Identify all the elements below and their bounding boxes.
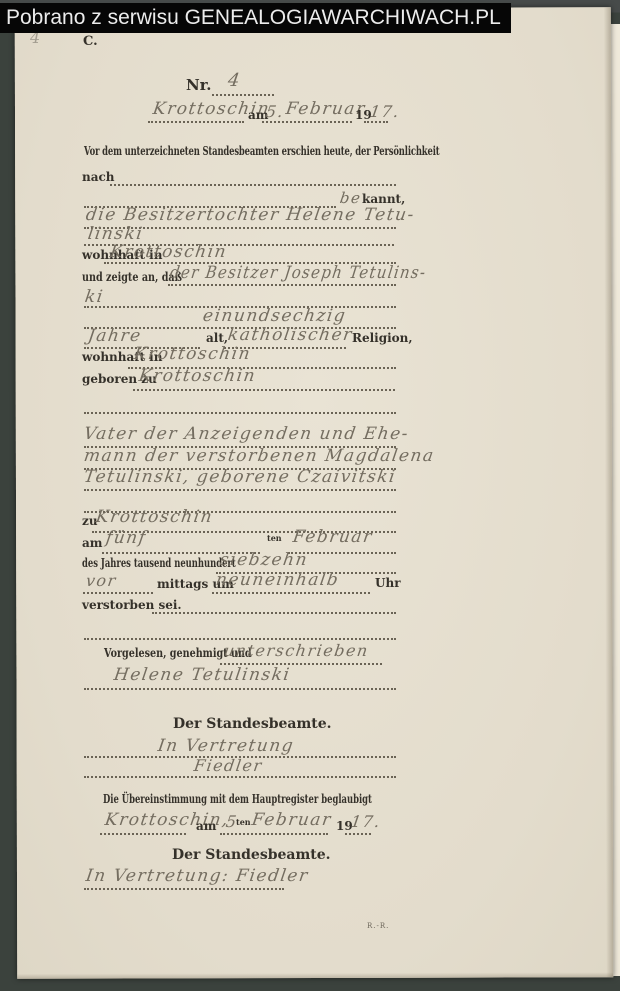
watermark-banner: Pobrano z serwisu GENEALOGIAWARCHIWACH.P… xyxy=(0,3,511,33)
dotted-line xyxy=(212,94,274,96)
religion-label: Religion, xyxy=(352,331,413,345)
age-handwritten: einundsechzig xyxy=(202,306,348,326)
certification-am-label: am xyxy=(196,819,216,833)
dotted-line xyxy=(212,592,370,594)
deceased-line-2: ki xyxy=(84,287,106,307)
in-vertretung-handwritten: In Vertretung xyxy=(157,736,296,756)
dotted-line xyxy=(133,389,395,391)
header-year-written: 17. xyxy=(369,102,402,121)
ten-label: ten xyxy=(267,533,282,543)
declarant-line-2: linski xyxy=(87,224,145,244)
dotted-line xyxy=(364,121,388,123)
wohnhaft1-value: Krottoschin xyxy=(109,242,229,262)
dotted-line xyxy=(220,833,328,835)
dotted-line xyxy=(148,121,244,123)
dotted-line xyxy=(83,592,153,594)
record-number-label: Nr. xyxy=(186,76,211,94)
certification-month: Februar xyxy=(251,810,333,830)
jahre-handwritten: Jahre xyxy=(87,326,143,346)
zu-value: Krottoschin xyxy=(95,507,215,527)
dotted-line xyxy=(84,776,396,778)
certification-year-written: 17. xyxy=(350,812,383,831)
unterschrieben-handwritten: unterschrieben xyxy=(223,641,371,660)
scanned-document-view: Pobrano z serwisu GENEALOGIAWARCHIWACH.P… xyxy=(0,0,620,991)
printer-mark: R.-R. xyxy=(367,922,389,930)
geboren-value: Krottoschin xyxy=(138,366,258,386)
certification-line: Die Übereinstimmung mit dem Hauptregiste… xyxy=(103,792,372,806)
intro-line: Vor dem unterzeichneten Standesbeamten e… xyxy=(84,144,439,158)
declarant-line-1: die Besitzertochter Helene Tetu- xyxy=(85,205,417,225)
registrar-signature-2: In Vertretung: Fiedler xyxy=(85,866,310,886)
wohnhaft2-value: Krottoschin xyxy=(133,344,253,364)
header-day: 5. xyxy=(265,102,286,121)
am-label: am xyxy=(82,536,102,550)
dotted-line xyxy=(84,888,284,890)
zeigte-label: und zeigte an, daß xyxy=(82,270,182,284)
page-bottom-shadow xyxy=(17,972,613,979)
religion-handwritten: katholischer xyxy=(227,325,355,345)
dotted-line xyxy=(84,412,396,414)
death-year: siebzehn xyxy=(219,550,310,570)
relation-line-3: Tetulinski, geborene Czaivitski xyxy=(83,467,398,487)
death-time: neuneinhalb xyxy=(215,570,341,590)
registrar-signature-1: Fiedler xyxy=(193,756,264,775)
uhr-label: Uhr xyxy=(375,576,401,590)
death-day: fünf xyxy=(105,528,148,548)
dotted-line xyxy=(84,638,396,640)
death-month: Februar xyxy=(292,527,374,547)
dotted-line xyxy=(262,121,352,123)
dotted-line xyxy=(84,489,396,491)
form-series-letter: C. xyxy=(83,34,98,49)
declarant-signature: Helene Tetulinski xyxy=(113,665,292,685)
alt-label: alt, xyxy=(206,331,228,345)
vor-handwritten: vor xyxy=(85,571,118,590)
relation-line-2: mann der verstorbenen Magdalena xyxy=(83,446,436,466)
kannt-label: kannt, xyxy=(362,192,405,206)
dotted-line xyxy=(110,184,396,186)
standesbeamte-title-2: Der Standesbeamte. xyxy=(172,847,331,863)
dotted-line xyxy=(345,833,371,835)
verstorben-label: verstorben sei. xyxy=(82,598,182,612)
nach-label: nach xyxy=(82,170,115,184)
jahres-label: des Jahres tausend neunhundert xyxy=(82,556,236,570)
dotted-line xyxy=(168,284,396,286)
certification-ten-label: ten xyxy=(236,817,251,827)
dotted-line xyxy=(84,688,396,690)
dotted-line xyxy=(100,833,186,835)
relation-line-1: Vater der Anzeigenden und Ehe- xyxy=(83,424,411,444)
standesbeamte-title-1: Der Standesbeamte. xyxy=(173,716,332,732)
dotted-line xyxy=(152,612,396,614)
deceased-line-1: der Besitzer Joseph Tetulins- xyxy=(169,263,428,283)
